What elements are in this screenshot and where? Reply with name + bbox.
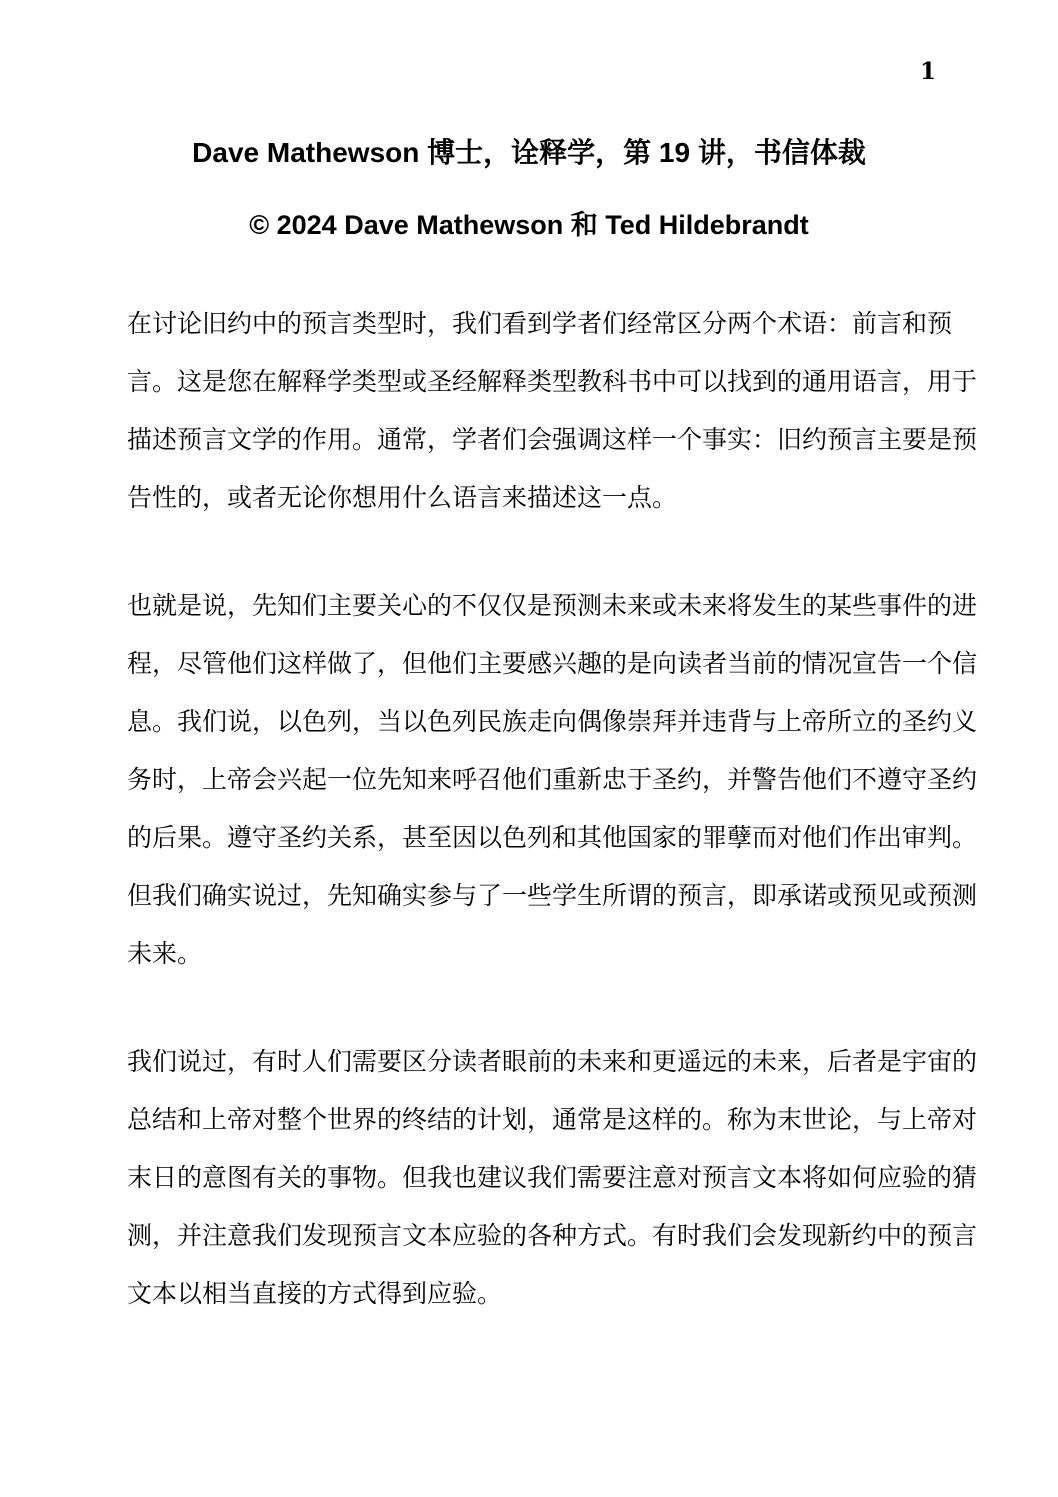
- body-line: 我们说过，有时人们需要区分读者眼前的未来和更遥远的未来，后者是宇宙的: [127, 1033, 930, 1091]
- document-title: Dave Mathewson 博士，诠释学，第 19 讲，书信体裁: [100, 133, 958, 173]
- paragraph: 也就是说，先知们主要关心的不仅仅是预测未来或未来将发生的某些事件的进 程，尽管他…: [127, 577, 930, 983]
- body-line: 总结和上帝对整个世界的终结的计划，通常是这样的。称为末世论，与上帝对: [127, 1091, 930, 1149]
- document-body: 在讨论旧约中的预言类型时，我们看到学者们经常区分两个术语：前言和预 言。这是您在…: [127, 295, 930, 1323]
- paragraph: 在讨论旧约中的预言类型时，我们看到学者们经常区分两个术语：前言和预 言。这是您在…: [127, 295, 930, 527]
- body-line: 告性的，或者无论你想用什么语言来描述这一点。: [127, 469, 930, 527]
- body-line: 测，并注意我们发现预言文本应验的各种方式。有时我们会发现新约中的预言: [127, 1207, 930, 1265]
- body-line: 程，尽管他们这样做了，但他们主要感兴趣的是向读者当前的情况宣告一个信: [127, 635, 930, 693]
- body-line: 末日的意图有关的事物。但我也建议我们需要注意对预言文本将如何应验的猜: [127, 1149, 930, 1207]
- paragraph: 我们说过，有时人们需要区分读者眼前的未来和更遥远的未来，后者是宇宙的 总结和上帝…: [127, 1033, 930, 1323]
- body-line: 文本以相当直接的方式得到应验。: [127, 1265, 930, 1323]
- body-line: 在讨论旧约中的预言类型时，我们看到学者们经常区分两个术语：前言和预: [127, 295, 930, 353]
- body-line: 的后果。遵守圣约关系，甚至因以色列和其他国家的罪孽而对他们作出审判。: [127, 809, 930, 867]
- body-line: 描述预言文学的作用。通常，学者们会强调这样一个事实：旧约预言主要是预: [127, 411, 930, 469]
- body-line: 息。我们说，以色列，当以色列民族走向偶像崇拜并违背与上帝所立的圣约义: [127, 693, 930, 751]
- body-line: 也就是说，先知们主要关心的不仅仅是预测未来或未来将发生的某些事件的进: [127, 577, 930, 635]
- body-line: 未来。: [127, 925, 930, 983]
- copyright-line: © 2024 Dave Mathewson 和 Ted Hildebrandt: [100, 205, 958, 245]
- document-header: Dave Mathewson 博士，诠释学，第 19 讲，书信体裁 © 2024…: [0, 0, 1058, 245]
- page-number: 1: [920, 58, 936, 85]
- body-line: 务时，上帝会兴起一位先知来呼召他们重新忠于圣约，并警告他们不遵守圣约: [127, 751, 930, 809]
- body-line: 但我们确实说过，先知确实参与了一些学生所谓的预言，即承诺或预见或预测: [127, 867, 930, 925]
- body-line: 言。这是您在解释学类型或圣经解释类型教科书中可以找到的通用语言，用于: [127, 353, 930, 411]
- document-page: 1 Dave Mathewson 博士，诠释学，第 19 讲，书信体裁 © 20…: [0, 0, 1058, 1497]
